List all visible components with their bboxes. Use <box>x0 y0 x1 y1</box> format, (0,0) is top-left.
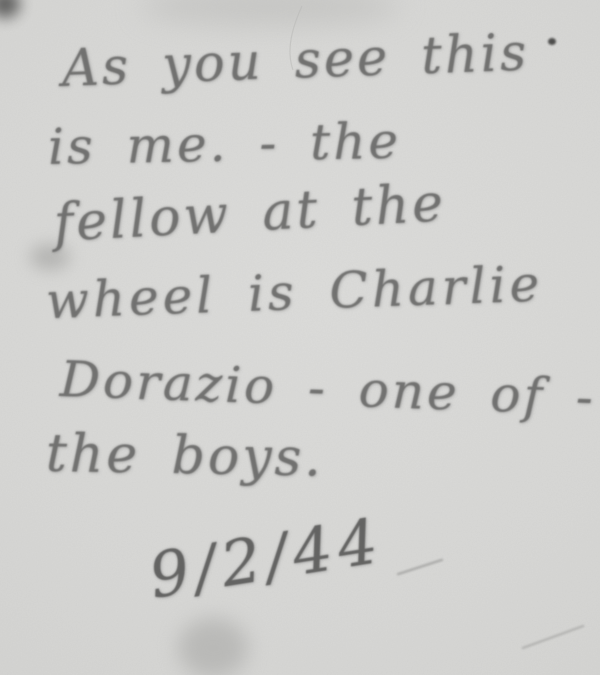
handwritten-line-1: As you see this <box>61 24 530 99</box>
handwritten-line-3: fellow at the <box>52 174 447 254</box>
photo-back-paper: As you see this is me. - the fellow at t… <box>0 0 600 675</box>
corner-smudge-top-left <box>0 0 20 18</box>
handwritten-line-6: the boys. <box>45 424 324 489</box>
handwritten-line-4: wheel is Charlie <box>45 255 544 330</box>
handwritten-date: 9/2/44 <box>144 504 388 613</box>
handwritten-line-2: is me. - the <box>47 112 401 176</box>
graphite-speck <box>548 38 556 45</box>
top-edge-shading <box>140 0 400 26</box>
pencil-scratch-bottom-right <box>522 625 585 649</box>
smudge-under-date <box>178 618 248 675</box>
pencil-scratch-right <box>397 559 443 576</box>
handwritten-line-5: Dorazio - one of - <box>59 350 597 427</box>
